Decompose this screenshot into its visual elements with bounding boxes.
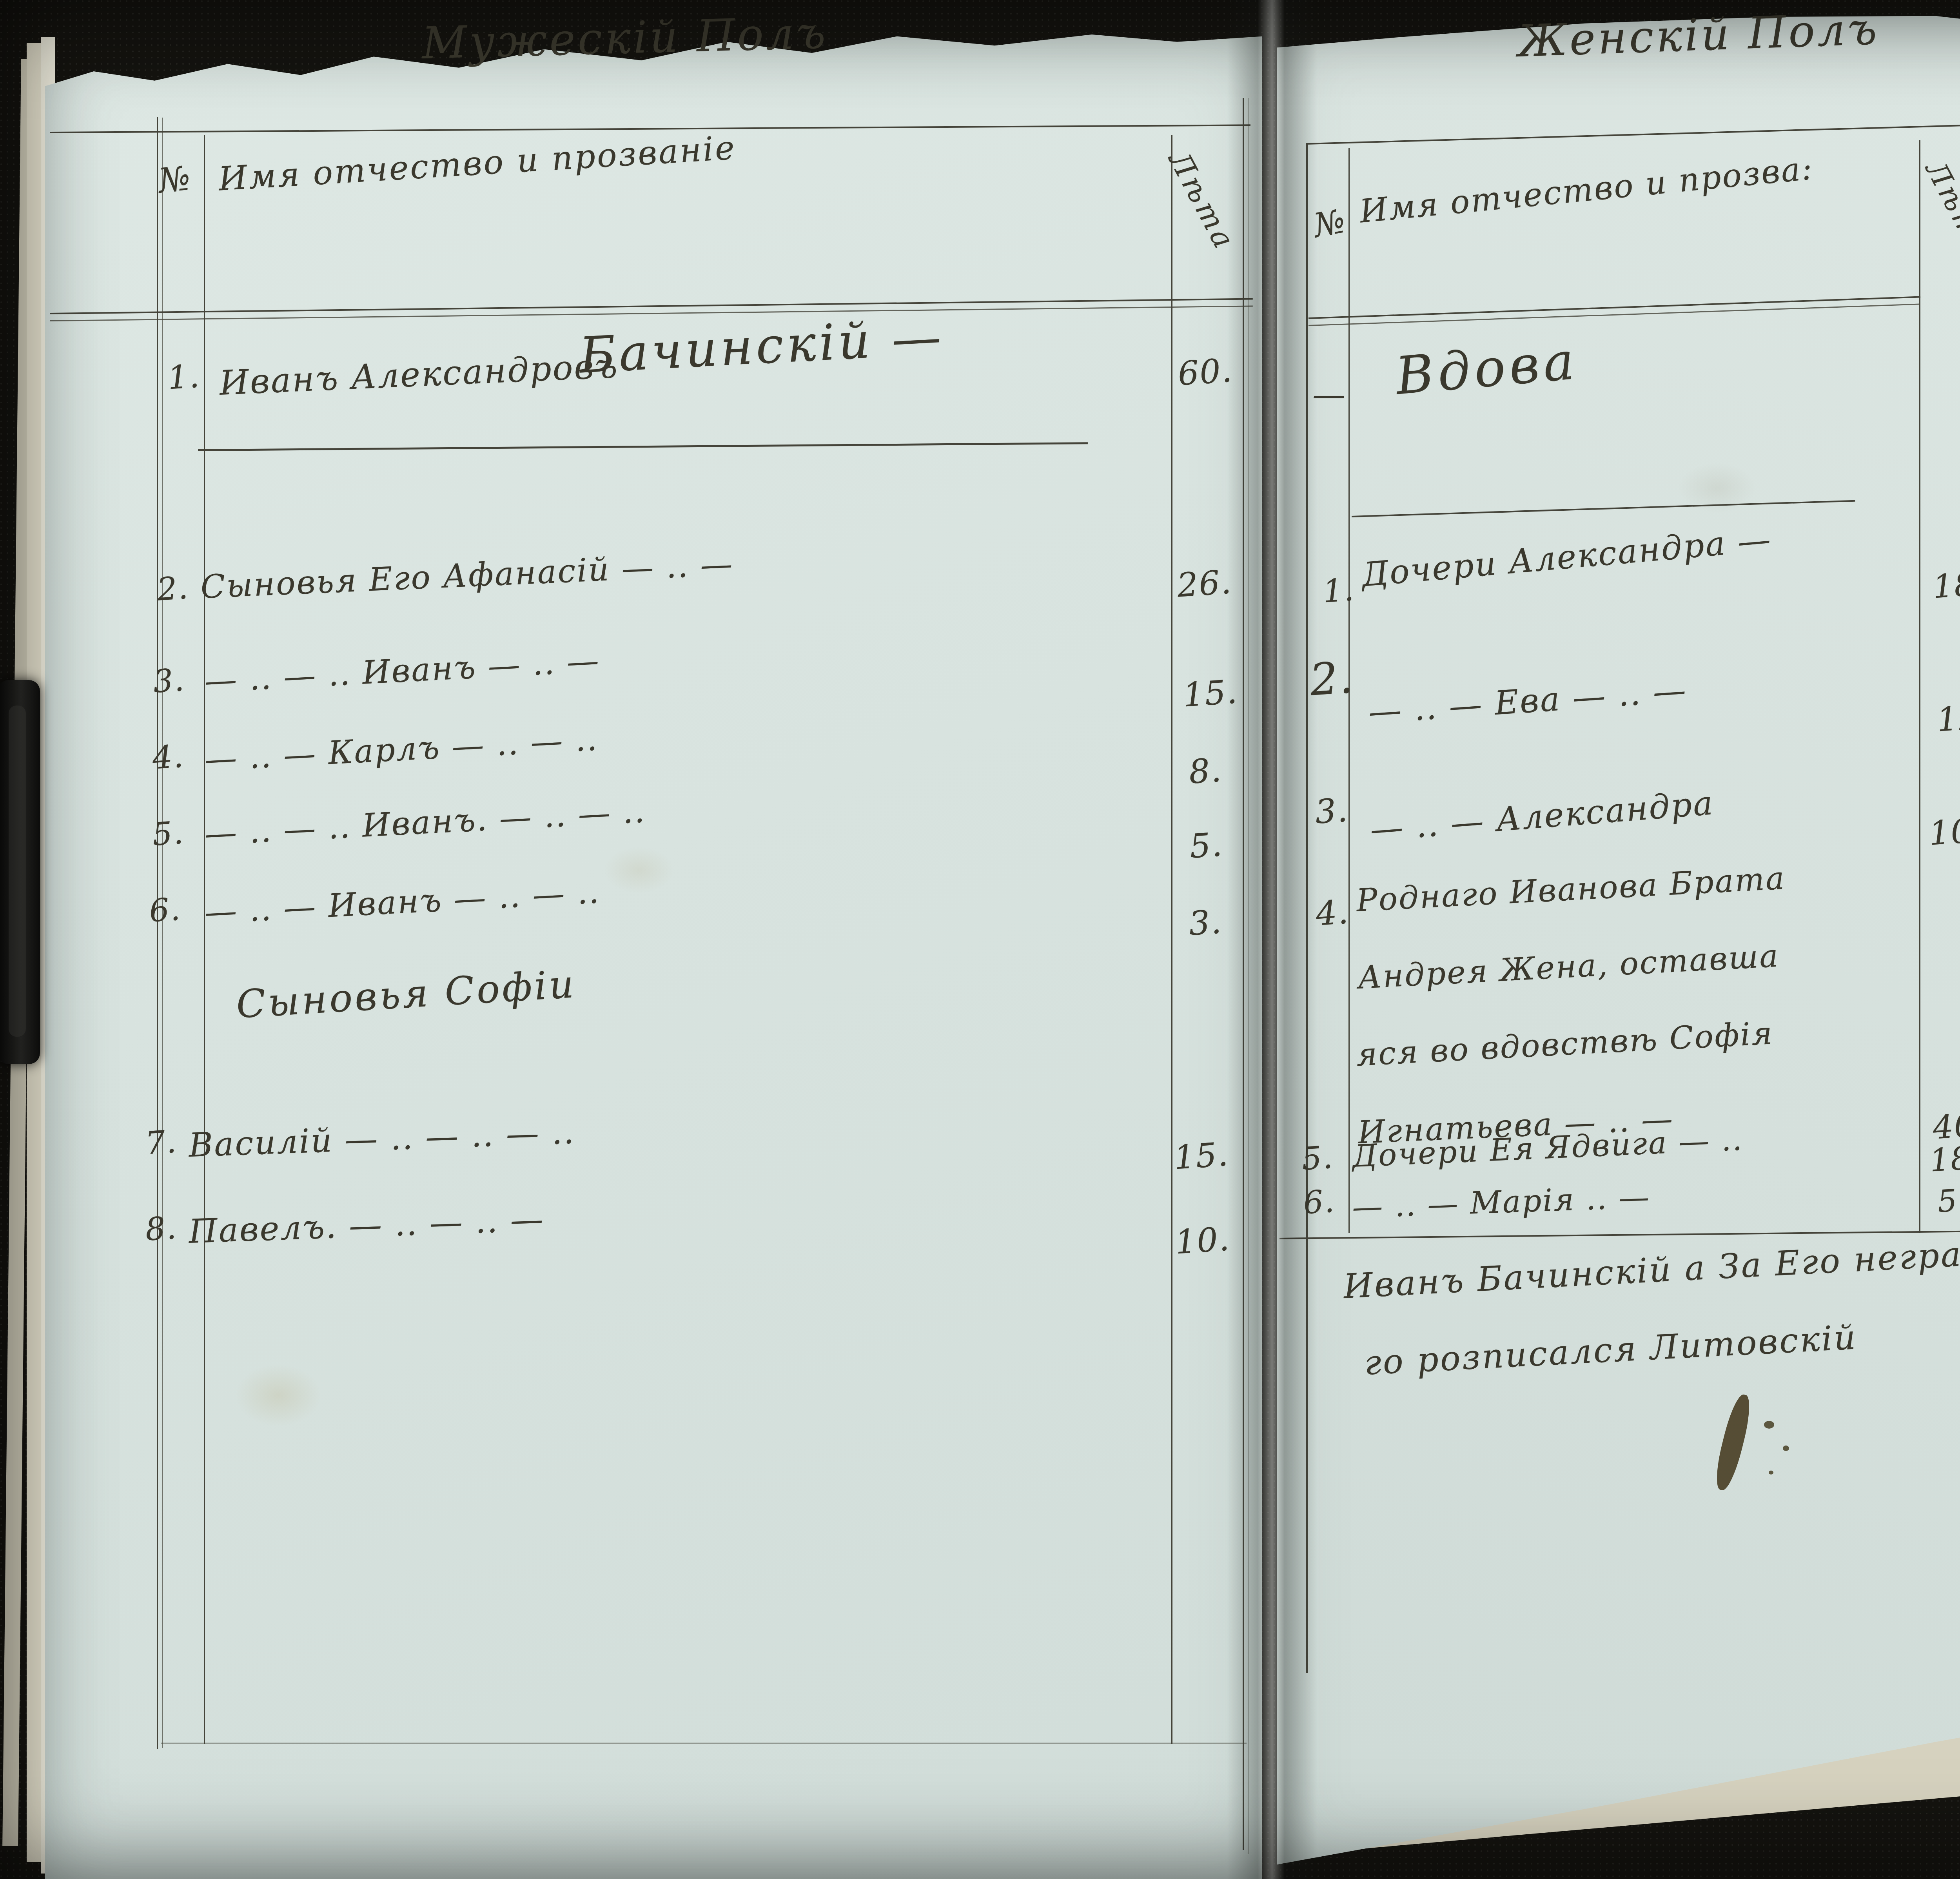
- male-row-num: 3.: [152, 664, 186, 697]
- female-row-num: 6.: [1302, 1185, 1336, 1219]
- female-row-num: 5.: [1301, 1141, 1334, 1175]
- scanned-census-spread: Мужескій Полъ № Имя отчество и прозваніе…: [0, 0, 1960, 1879]
- ink-blot: [1783, 1446, 1789, 1451]
- male-row-num: 8.: [144, 1212, 178, 1245]
- male-row-num: 1.: [167, 360, 201, 395]
- female-row-num: 2.: [1308, 655, 1355, 702]
- table-rule-bottom: [161, 1743, 1247, 1744]
- page-edge-rule: [1249, 98, 1249, 1854]
- paper-stain: [604, 847, 674, 894]
- male-row-num: 7.: [144, 1126, 178, 1159]
- female-row-num: 4.: [1315, 895, 1350, 930]
- column-rule-num: [204, 135, 205, 1744]
- column-rule: [157, 117, 158, 1749]
- male-row-age: 15.: [1173, 1137, 1230, 1174]
- paper-stain: [235, 1364, 321, 1427]
- male-row-age: 26.: [1176, 565, 1233, 602]
- ink-blot: [1764, 1421, 1774, 1429]
- left-page-title: Мужескій Полъ: [421, 11, 828, 65]
- male-row-age: 5.: [1189, 828, 1224, 863]
- right-page-paper: [1277, 14, 1960, 1872]
- male-row-num: 4.: [151, 740, 185, 774]
- male-row-num: 5.: [151, 817, 185, 850]
- female-row-age: 5.: [1936, 1185, 1960, 1217]
- female-row-num: —: [1312, 378, 1346, 411]
- male-row-age: 60.: [1177, 354, 1234, 390]
- page-edge-rule: [1243, 98, 1244, 1850]
- male-row-age: 15.: [1182, 675, 1239, 712]
- ink-blot: [1769, 1471, 1773, 1475]
- female-row-name: Вдова: [1394, 335, 1580, 402]
- right-page-title: Женскій Полъ: [1517, 7, 1880, 63]
- male-row-age: 10.: [1174, 1222, 1231, 1259]
- right-col-header-num: №: [1311, 204, 1348, 242]
- female-row-num: 1.: [1322, 574, 1356, 607]
- column-rule-age: [1171, 135, 1172, 1744]
- female-row-age: 40.: [1932, 1108, 1960, 1144]
- male-row-num: 6.: [148, 893, 182, 927]
- column-rule: [162, 118, 163, 1748]
- binder-clip-slot: [9, 706, 26, 1037]
- female-row-age: 12.: [1936, 700, 1960, 736]
- female-row-age: 18.: [1929, 1142, 1960, 1177]
- column-rule: [1306, 144, 1308, 1673]
- female-row-age: 18.: [1932, 568, 1960, 603]
- left-col-header-num: №: [157, 161, 193, 198]
- female-row-num: 3.: [1314, 793, 1349, 829]
- column-rule-age: [1919, 140, 1920, 1233]
- male-row-age: 8.: [1188, 753, 1223, 789]
- male-row-num: 2.: [156, 572, 190, 605]
- female-row-age: 10.: [1928, 813, 1960, 850]
- male-row-age: 3.: [1188, 905, 1223, 940]
